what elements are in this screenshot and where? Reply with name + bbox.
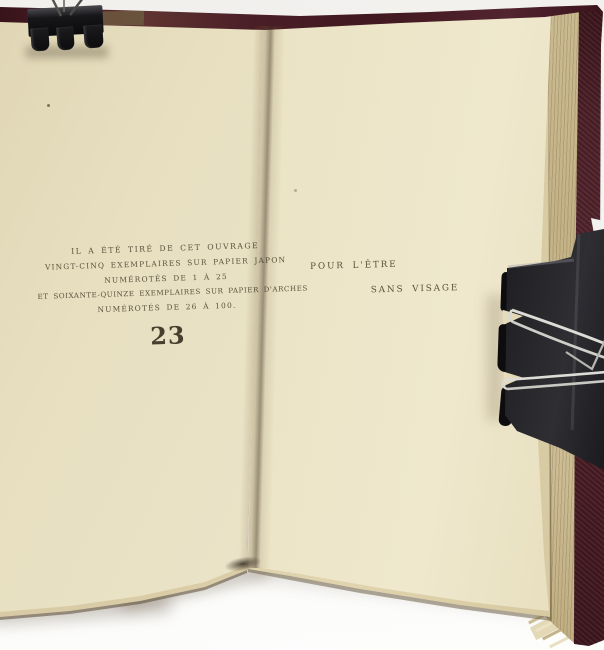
clip-prong <box>30 27 50 51</box>
clip-prong <box>83 24 104 48</box>
half-title: POUR L'ÊTRE SANS VISAGE <box>310 256 531 297</box>
book-photo: IL A ÉTÉ TIRÉ DE CET OUVRAGE VINGT-CINQ … <box>0 0 604 650</box>
paper-speck <box>47 104 50 107</box>
limitation-statement: IL A ÉTÉ TIRÉ DE CET OUVRAGE VINGT-CINQ … <box>36 238 297 354</box>
clip-prong <box>56 26 75 50</box>
paper-speck <box>294 189 297 192</box>
